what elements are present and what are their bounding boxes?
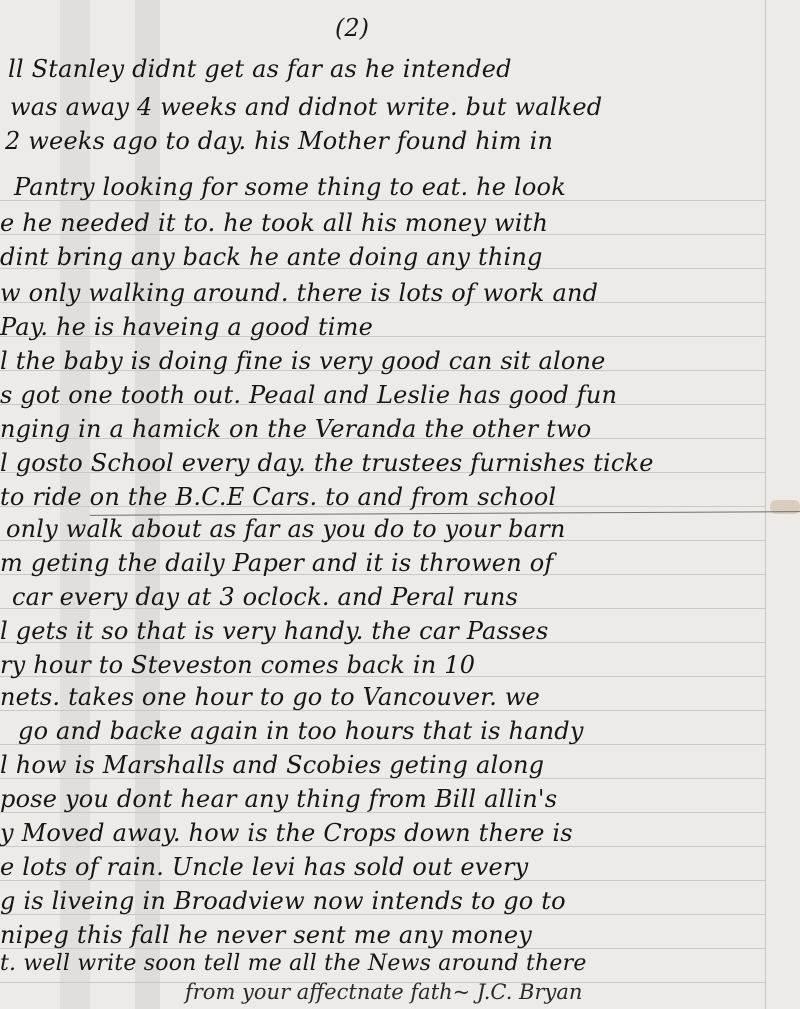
text-line: l gets it so that is very handy. the car… [0, 617, 548, 645]
text-line: l the baby is doing fine is very good ca… [0, 347, 606, 375]
text-line: y Moved away. how is the Crops down ther… [0, 819, 573, 847]
margin-rule [765, 0, 766, 1009]
text-line: g is liveing in Broadview now intends to… [0, 887, 566, 915]
text-line: dint bring any back he ante doing any th… [0, 243, 543, 271]
text-line: l how is Marshalls and Scobies geting al… [0, 751, 544, 779]
text-line: Pantry looking for some thing to eat. he… [14, 173, 566, 201]
text-line: l gosto School every day. the trustees f… [0, 449, 654, 477]
text-line: s got one tooth out. Peaal and Leslie ha… [0, 381, 617, 409]
text-line: car every day at 3 oclock. and Peral run… [12, 583, 518, 611]
text-line: e he needed it to. he took all his money… [0, 209, 548, 237]
text-line: was away 4 weeks and didnot write. but w… [10, 93, 602, 121]
text-line: nets. takes one hour to go to Vancouver.… [0, 683, 540, 711]
text-line: ry hour to Steveston comes back in 10 [0, 651, 475, 679]
text-line: only walk about as far as you do to your… [6, 515, 566, 543]
text-line: ll Stanley didnt get as far as he intend… [8, 55, 512, 83]
text-line: nipeg this fall he never sent me any mon… [0, 921, 532, 949]
text-line: to ride on the B.C.E Cars. to and from s… [0, 483, 556, 511]
text-line: w only walking around. there is lots of … [0, 279, 598, 307]
page-number: (2) [335, 14, 369, 42]
text-line: Pay. he is haveing a good time [0, 313, 373, 341]
signature: from your affectnate fath~ J.C. Bryan [185, 980, 582, 1004]
text-line: pose you dont hear any thing from Bill a… [0, 785, 557, 813]
text-line: m geting the daily Paper and it is throw… [0, 549, 553, 577]
text-line: e lots of rain. Uncle levi has sold out … [0, 853, 528, 881]
text-line: t. well write soon tell me all the News … [0, 951, 587, 976]
text-line: go and backe again in too hours that is … [18, 717, 584, 745]
text-line: nging in a hamick on the Veranda the oth… [0, 415, 591, 443]
text-line: 2 weeks ago to day. his Mother found him… [5, 127, 553, 155]
letter-page: (2) ll Stanley didnt get as far as he in… [0, 0, 800, 1009]
